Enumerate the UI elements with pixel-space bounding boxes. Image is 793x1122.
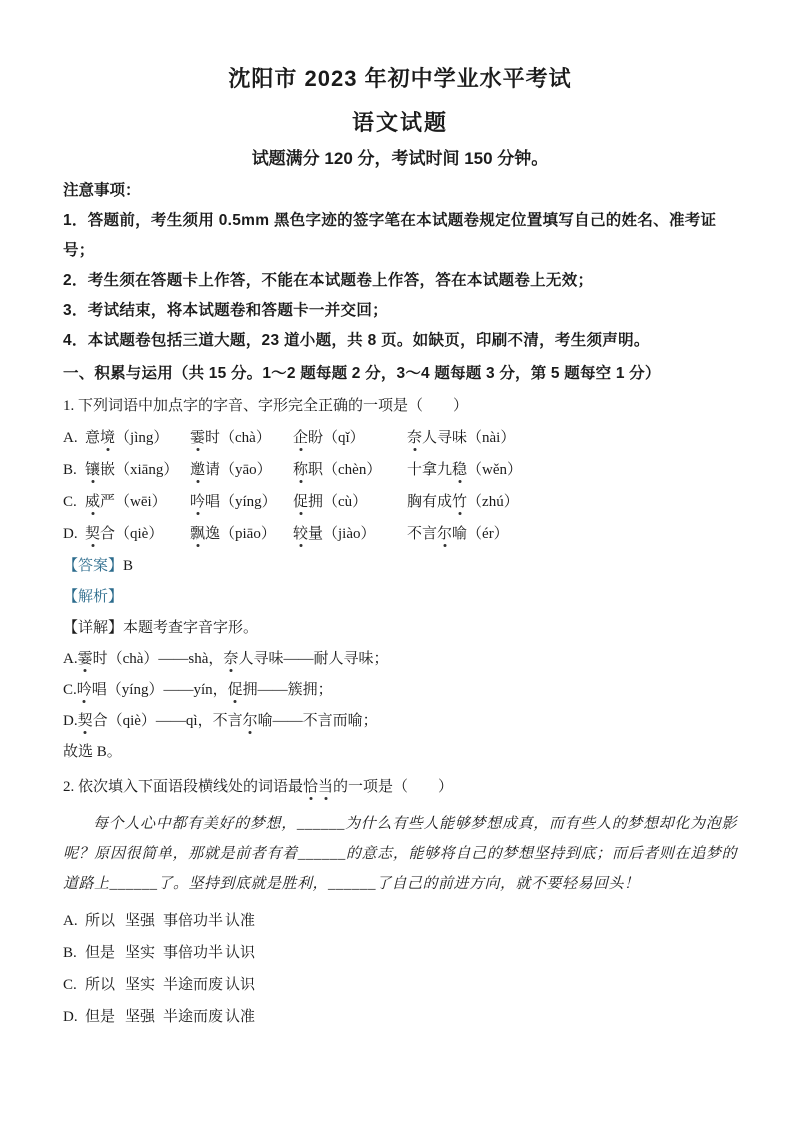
q1-explanation-c: C.吟唱（yíng）——yín，促拥——簇拥； xyxy=(63,681,737,700)
option-cell: 认识 xyxy=(225,976,737,995)
exam-score-time-line: 试题满分 120 分，考试时间 150 分钟。 xyxy=(63,149,737,169)
option-cell: 但是 xyxy=(85,944,125,963)
option-label: D. xyxy=(63,1008,85,1027)
exam-title: 沈阳市 2023 年初中学业水平考试 xyxy=(63,66,737,92)
option-cell: 所以 xyxy=(85,976,125,995)
option-cell: 十拿九稳（wěn） xyxy=(407,461,737,480)
option-cell: 霎时（chà） xyxy=(190,429,293,448)
question-2-stem: 2. 依次填入下面语段横线处的词语最恰当的一项是（ ） xyxy=(63,778,737,797)
q1-option-row-c: C. 威严（wēi） 吟唱（yíng） 促拥（cù） 胸有成竹（zhú） xyxy=(63,493,737,512)
notice-item-4: 4．本试题卷包括三道大题，23 道小题，共 8 页。如缺页，印刷不清，考生须声明… xyxy=(63,332,737,350)
q1-analysis-line: 【解析】 xyxy=(63,588,737,607)
option-label: A. xyxy=(63,912,85,931)
option-cell: 半途而废 xyxy=(163,1008,225,1027)
answer-label: 【答案】 xyxy=(63,558,123,574)
option-cell: 但是 xyxy=(85,1008,125,1027)
option-cell: 坚强 xyxy=(125,1008,163,1027)
question-1-stem: 1. 下列词语中加点字的字音、字形完全正确的一项是（ ） xyxy=(63,397,737,416)
q1-option-row-a: A. 意境（jìng） 霎时（chà） 企盼（qǐ） 奈人寻味（nài） xyxy=(63,429,737,448)
option-label: C. xyxy=(63,493,85,512)
option-cell: 事倍功半 xyxy=(163,912,225,931)
answer-value: B xyxy=(123,558,133,574)
q1-detail-line: 【详解】本题考查字音字形。 xyxy=(63,619,737,638)
notice-item-1-continuation: 号； xyxy=(63,242,737,260)
notice-item-3: 3．考试结束，将本试题卷和答题卡一并交回； xyxy=(63,302,737,320)
option-cell: 坚强 xyxy=(125,912,163,931)
option-cell: 促拥（cù） xyxy=(293,493,407,512)
q2-option-row-a: A. 所以 坚强 事倍功半 认准 xyxy=(63,912,737,931)
exam-paper-page: 沈阳市 2023 年初中学业水平考试 语文试题 试题满分 120 分，考试时间 … xyxy=(0,0,793,1122)
option-cell: 所以 xyxy=(85,912,125,931)
q2-option-row-c: C. 所以 坚实 半途而废 认识 xyxy=(63,976,737,995)
q2-option-row-b: B. 但是 坚实 事倍功半 认识 xyxy=(63,944,737,963)
option-cell: 认准 xyxy=(225,1008,737,1027)
option-cell: 意境（jìng） xyxy=(85,429,190,448)
option-cell: 奈人寻味（nài） xyxy=(407,429,737,448)
option-label: B. xyxy=(63,461,85,480)
notice-item-1: 1．答题前，考生须用 0.5mm 黑色字迹的签字笔在本试题卷规定位置填写自己的姓… xyxy=(63,212,737,230)
notice-heading: 注意事项： xyxy=(63,182,737,200)
option-cell: 半途而废 xyxy=(163,976,225,995)
option-cell: 称职（chèn） xyxy=(293,461,407,480)
option-label: A. xyxy=(63,429,85,448)
q1-option-row-d: D. 契合（qiè） 飘逸（piāo） 较量（jiào） 不言尔喻（ér） xyxy=(63,525,737,544)
q1-conclusion: 故选 B。 xyxy=(63,743,737,762)
option-cell: 较量（jiào） xyxy=(293,525,407,544)
q1-explanation-a: A.霎时（chà）——shà，奈人寻味——耐人寻味； xyxy=(63,650,737,669)
detail-intro: 本题考查字音字形。 xyxy=(123,620,258,636)
analysis-label: 【解析】 xyxy=(63,589,123,605)
question-2-passage: 每个人心中都有美好的梦想，______为什么有些人能够梦想成真，而有些人的梦想却… xyxy=(63,809,737,899)
option-cell: 邀请（yāo） xyxy=(190,461,293,480)
option-cell: 认准 xyxy=(225,912,737,931)
option-cell: 镶嵌（xiāng） xyxy=(85,461,190,480)
q1-option-row-b: B. 镶嵌（xiāng） 邀请（yāo） 称职（chèn） 十拿九稳（wěn） xyxy=(63,461,737,480)
option-cell: 不言尔喻（ér） xyxy=(407,525,737,544)
detail-label: 【详解】 xyxy=(63,620,123,636)
exam-subject-title: 语文试题 xyxy=(63,110,737,136)
option-cell: 事倍功半 xyxy=(163,944,225,963)
q2-option-row-d: D. 但是 坚强 半途而废 认准 xyxy=(63,1008,737,1027)
option-label: B. xyxy=(63,944,85,963)
option-label: D. xyxy=(63,525,85,544)
option-cell: 坚实 xyxy=(125,976,163,995)
option-cell: 企盼（qǐ） xyxy=(293,429,407,448)
option-cell: 飘逸（piāo） xyxy=(190,525,293,544)
option-label: C. xyxy=(63,976,85,995)
option-cell: 契合（qiè） xyxy=(85,525,190,544)
option-cell: 坚实 xyxy=(125,944,163,963)
option-cell: 认识 xyxy=(225,944,737,963)
notice-item-2: 2．考生须在答题卡上作答，不能在本试题卷上作答，答在本试题卷上无效； xyxy=(63,272,737,290)
option-cell: 吟唱（yíng） xyxy=(190,493,293,512)
option-cell: 威严（wēi） xyxy=(85,493,190,512)
q1-explanation-d: D.契合（qiè）——qì，不言尔喻——不言而喻； xyxy=(63,712,737,731)
option-cell: 胸有成竹（zhú） xyxy=(407,493,737,512)
q1-answer-line: 【答案】B xyxy=(63,557,737,576)
section-1-heading: 一、积累与运用（共 15 分。1～2 题每题 2 分，3～4 题每题 3 分，第… xyxy=(63,364,737,383)
